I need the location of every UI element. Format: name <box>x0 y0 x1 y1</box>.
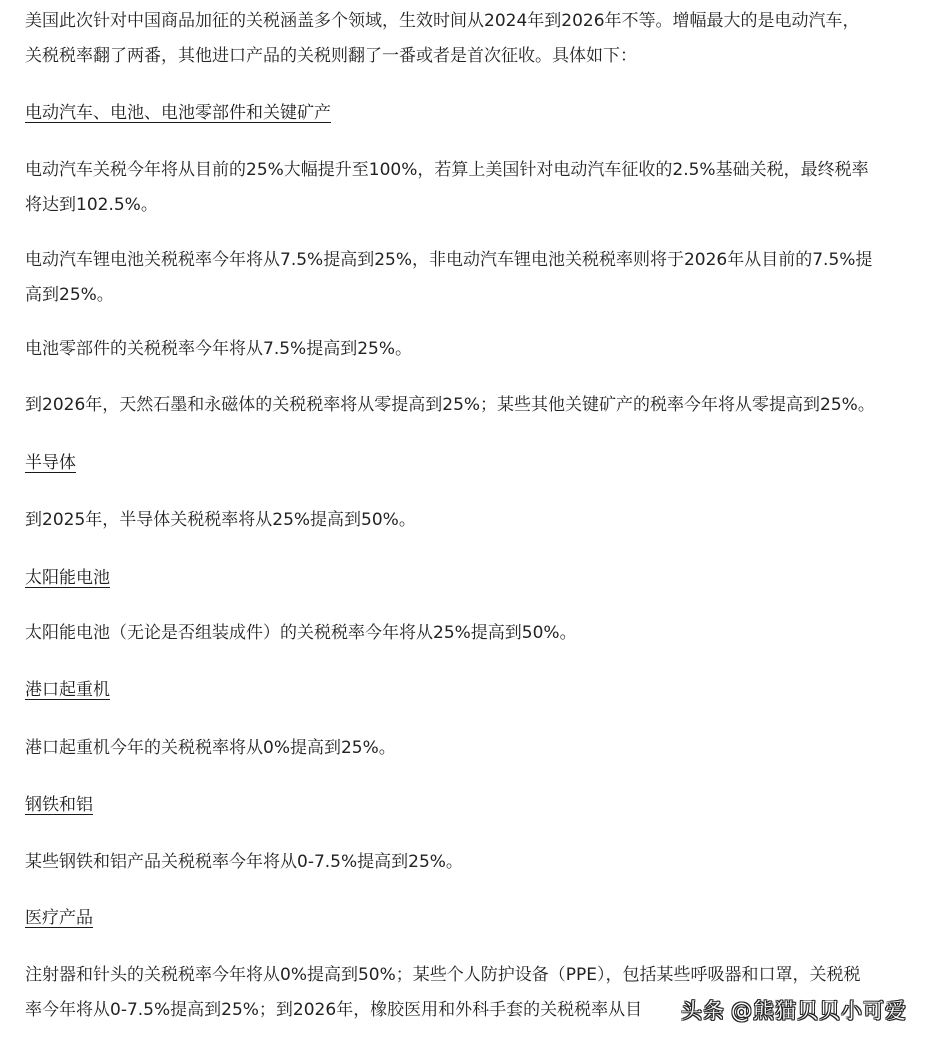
section-heading-link[interactable]: 钢铁和铝 <box>25 788 93 823</box>
intro-line: 关税税率翻了两番，其他进口产品的关税则翻了一番或者是首次征收。具体如下： <box>25 39 860 74</box>
paragraph-critical-minerals: 到2026年，天然石墨和永磁体的关税税率将从零提高到25%；某些其他关键矿产的税… <box>25 388 875 423</box>
paragraph-steel-aluminum: 某些钢铁和铝产品关税税率今年将从0-7.5%提高到25%。 <box>25 845 463 880</box>
section-heading-medical[interactable]: 医疗产品 <box>25 901 93 936</box>
section-heading-link[interactable]: 港口起重机 <box>25 673 110 708</box>
section-heading-link[interactable]: 医疗产品 <box>25 901 93 936</box>
paragraph-line: 到2025年，半导体关税税率将从25%提高到50%。 <box>25 503 416 538</box>
section-heading-link[interactable]: 半导体 <box>25 446 76 481</box>
paragraph-line: 电动汽车关税今年将从目前的25%大幅提升至100%，若算上美国针对电动汽车征收的… <box>25 153 869 188</box>
section-heading-steel-aluminum[interactable]: 钢铁和铝 <box>25 788 93 823</box>
section-heading-link[interactable]: 电动汽车、电池、电池零部件和关键矿产 <box>25 96 331 131</box>
section-heading-ev[interactable]: 电动汽车、电池、电池零部件和关键矿产 <box>25 96 331 131</box>
paragraph-port-cranes: 港口起重机今年的关税税率将从0%提高到25%。 <box>25 731 396 766</box>
section-heading-solar[interactable]: 太阳能电池 <box>25 561 110 596</box>
paragraph-battery-parts: 电池零部件的关税税率今年将从7.5%提高到25%。 <box>25 332 412 367</box>
paragraph-line: 某些钢铁和铝产品关税税率今年将从0-7.5%提高到25%。 <box>25 845 463 880</box>
paragraph-line: 太阳能电池（无论是否组装成件）的关税税率今年将从25%提高到50%。 <box>25 616 577 651</box>
paragraph-line: 电池零部件的关税税率今年将从7.5%提高到25%。 <box>25 332 412 367</box>
paragraph-line: 港口起重机今年的关税税率将从0%提高到25%。 <box>25 731 396 766</box>
section-heading-link[interactable]: 太阳能电池 <box>25 561 110 596</box>
paragraph-line: 将达到102.5%。 <box>25 188 869 223</box>
paragraph-ev-tariff: 电动汽车关税今年将从目前的25%大幅提升至100%，若算上美国针对电动汽车征收的… <box>25 153 869 223</box>
paragraph-semiconductor: 到2025年，半导体关税税率将从25%提高到50%。 <box>25 503 416 538</box>
intro-paragraph: 美国此次针对中国商品加征的关税涵盖多个领域，生效时间从2024年到2026年不等… <box>25 4 860 74</box>
paragraph-lithium-battery: 电动汽车锂电池关税税率今年将从7.5%提高到25%，非电动汽车锂电池关税税率则将… <box>25 243 872 313</box>
paragraph-line: 注射器和针头的关税税率今年将从0%提高到50%；某些个人防护设备（PPE），包括… <box>25 958 861 993</box>
paragraph-line: 高到25%。 <box>25 278 872 313</box>
paragraph-line: 到2026年，天然石墨和永磁体的关税税率将从零提高到25%；某些其他关键矿产的税… <box>25 388 875 423</box>
toutiao-logo: 头条 <box>681 999 725 1023</box>
section-heading-port-cranes[interactable]: 港口起重机 <box>25 673 110 708</box>
watermark-handle: @熊猫贝贝小可爱 <box>731 999 907 1023</box>
watermark: 头条@熊猫贝贝小可爱 <box>681 996 907 1026</box>
paragraph-solar: 太阳能电池（无论是否组装成件）的关税税率今年将从25%提高到50%。 <box>25 616 577 651</box>
section-heading-semiconductor[interactable]: 半导体 <box>25 446 76 481</box>
intro-line: 美国此次针对中国商品加征的关税涵盖多个领域，生效时间从2024年到2026年不等… <box>25 4 860 39</box>
paragraph-line: 电动汽车锂电池关税税率今年将从7.5%提高到25%，非电动汽车锂电池关税税率则将… <box>25 243 872 278</box>
